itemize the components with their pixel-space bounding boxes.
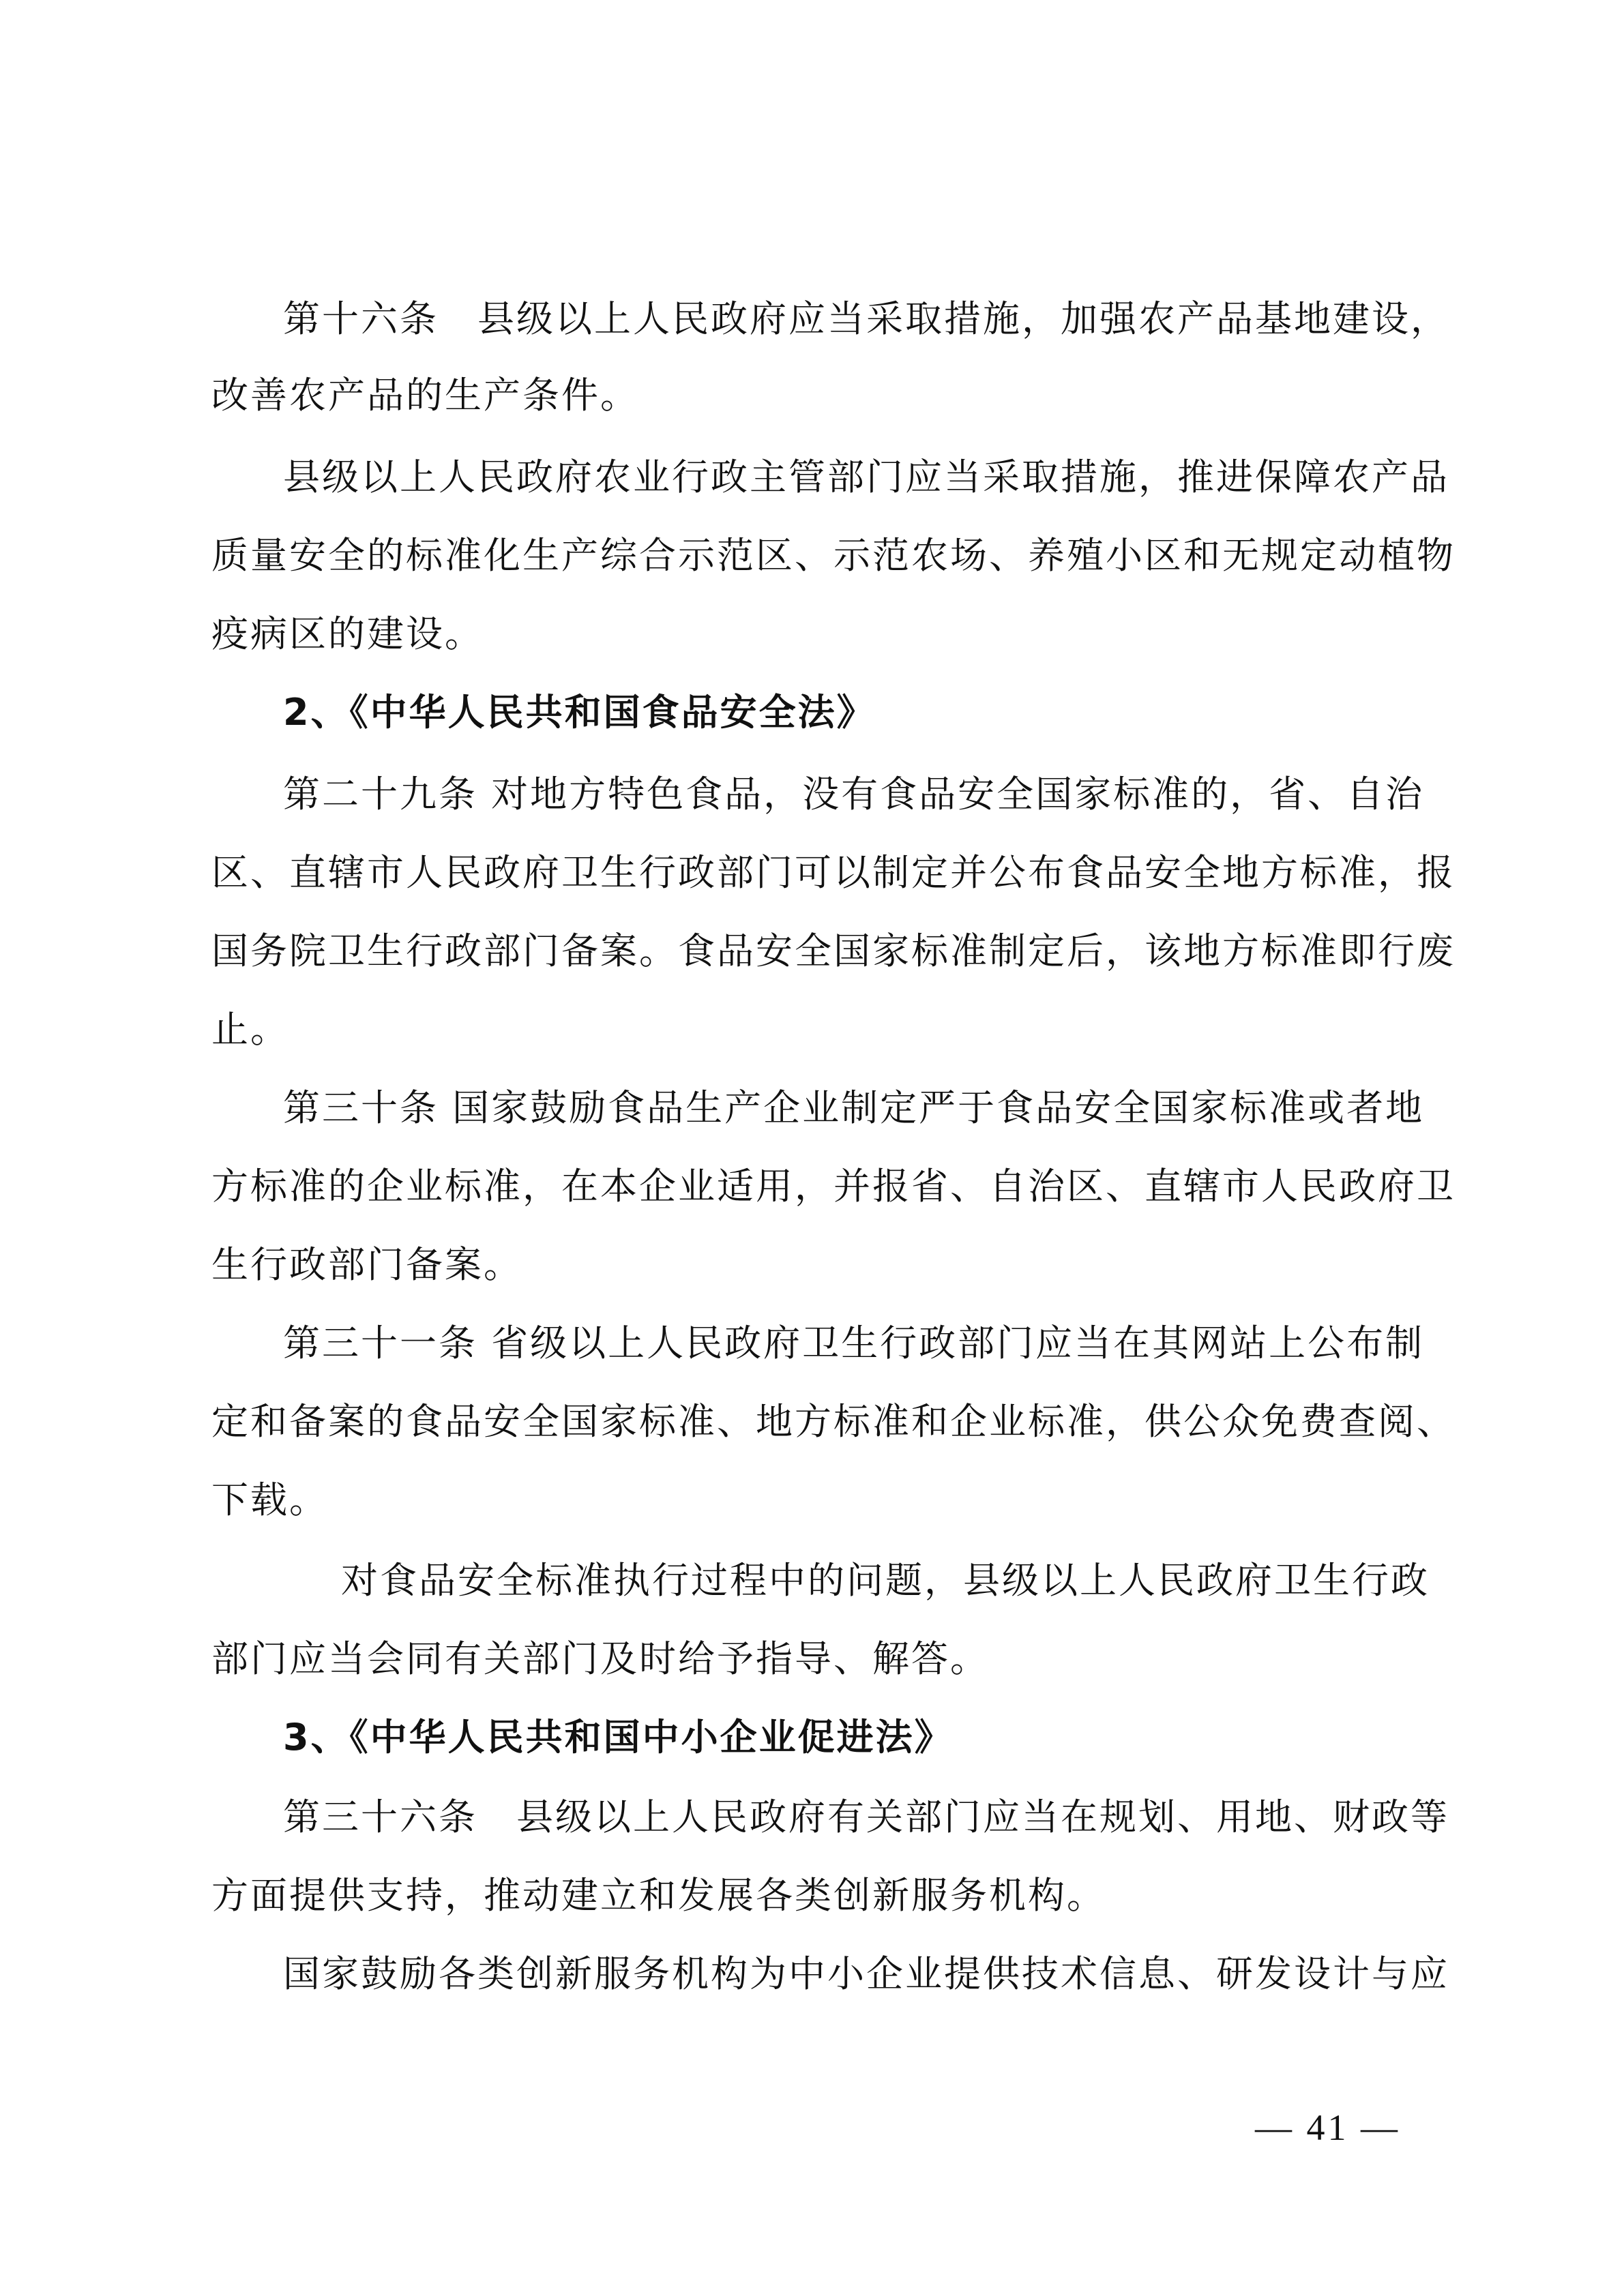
paragraph-line: 改善农产品的生产条件。	[211, 372, 1412, 419]
paragraph-line: 第十六条 县级以上人民政府应当采取措施，加强农产品基地建设，	[283, 295, 1412, 343]
paragraph-line: 部门应当会同有关部门及时给予指导、解答。	[211, 1635, 1412, 1683]
paragraph-line: 质量安全的标准化生产综合示范区、示范农场、养殖小区和无规定动植物	[211, 532, 1412, 580]
paragraph-line: 方标准的企业标准，在本企业适用，并报省、自治区、直辖市人民政府卫	[211, 1163, 1412, 1210]
page-number: — 41 —	[1255, 2104, 1400, 2151]
paragraph-line: 区、直辖市人民政府卫生行政部门可以制定并公布食品安全地方标准，报	[211, 849, 1412, 897]
paragraph-line: 定和备案的食品安全国家标准、地方标准和企业标准，供公众免费查阅、	[211, 1398, 1412, 1446]
paragraph-line: 第三十六条 县级以上人民政府有关部门应当在规划、用地、财政等	[283, 1793, 1412, 1841]
paragraph-line: 对食品安全标准执行过程中的问题，县级以上人民政府卫生行政	[341, 1557, 1412, 1605]
paragraph-line: 生行政部门备案。	[211, 1241, 1412, 1289]
paragraph-line: 疫病区的建设。	[211, 610, 1412, 658]
paragraph-line: 方面提供支持，推动建立和发展各类创新服务机构。	[211, 1872, 1412, 1920]
section-heading: 2、《中华人民共和国食品安全法》	[283, 689, 1412, 736]
paragraph-line: 第三十条 国家鼓励食品生产企业制定严于食品安全国家标准或者地	[283, 1084, 1412, 1132]
paragraph-line: 第三十一条 省级以上人民政府卫生行政部门应当在其网站上公布制	[283, 1320, 1412, 1367]
paragraph-line: 下载。	[211, 1476, 1412, 1524]
paragraph-line: 县级以上人民政府农业行政主管部门应当采取措施，推进保障农产品	[283, 453, 1412, 501]
section-heading: 3、《中华人民共和国中小企业促进法》	[283, 1714, 1412, 1761]
paragraph-line: 止。	[211, 1006, 1412, 1054]
paragraph-line: 第二十九条 对地方特色食品，没有食品安全国家标准的，省、自治	[283, 771, 1412, 818]
paragraph-line: 国务院卫生行政部门备案。食品安全国家标准制定后，该地方标准即行废	[211, 927, 1412, 975]
paragraph-line: 国家鼓励各类创新服务机构为中小企业提供技术信息、研发设计与应	[283, 1950, 1412, 1998]
